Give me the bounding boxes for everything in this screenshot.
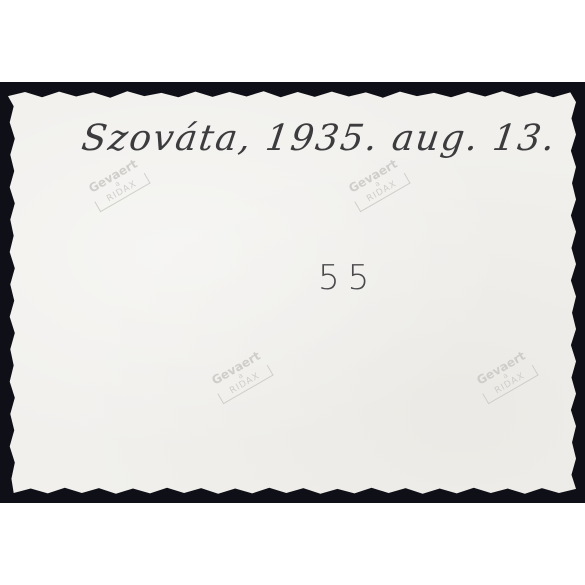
- handwritten-inscription: Szováta, 1935. aug. 13.: [79, 118, 559, 159]
- handwritten-number: 55: [318, 258, 377, 298]
